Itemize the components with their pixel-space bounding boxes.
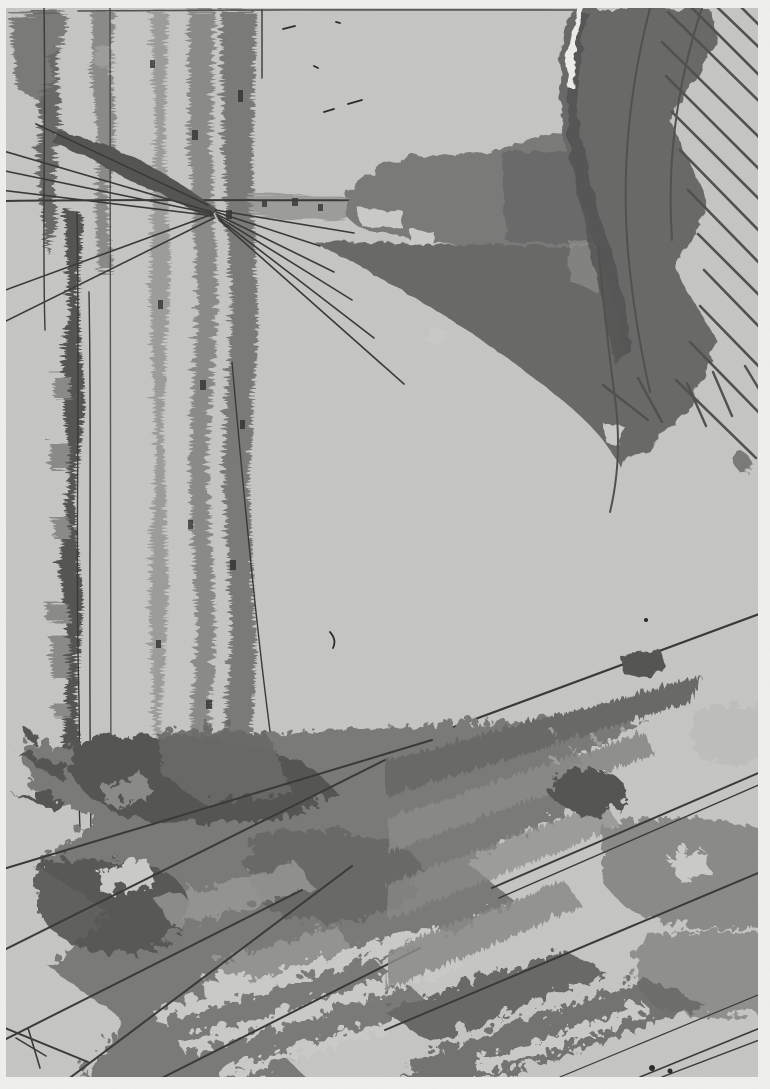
ink-blot [89,43,111,65]
abstract-ink-painting [0,0,770,1089]
ink-speck [336,22,340,23]
ink-dot [668,1069,673,1074]
ink-dot [649,1065,655,1071]
ink-line [44,8,45,330]
ink-dot [644,618,648,622]
faint-wash [688,701,770,760]
artwork-canvas [0,0,770,1089]
